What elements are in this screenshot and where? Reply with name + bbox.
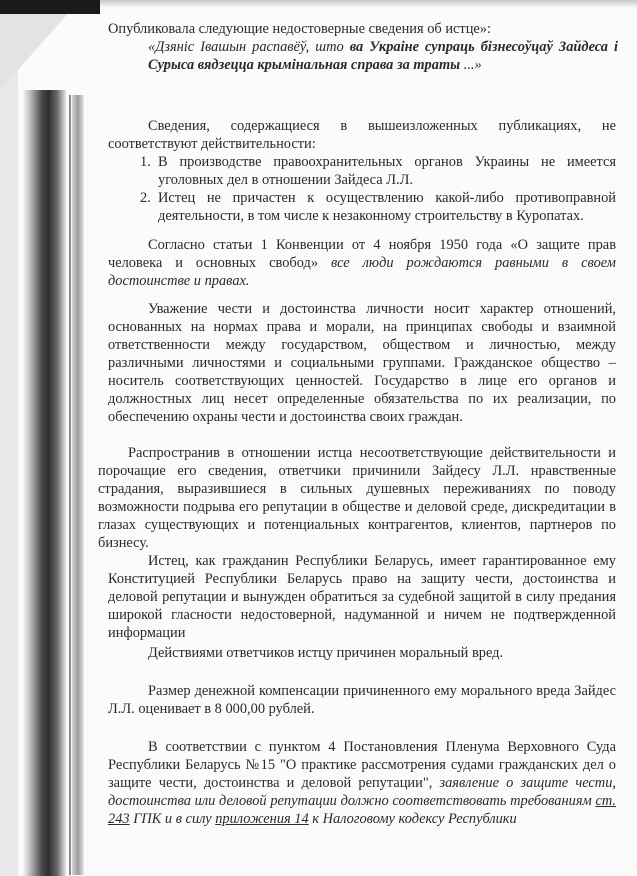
scan-left-margin (0, 0, 18, 876)
plenum-italic-2: ГПК и в силу (130, 811, 216, 827)
plenum-italic-3: к Налоговому кодексу Республики (309, 811, 517, 827)
top-shadow (100, 0, 637, 8)
fold-highlight (72, 95, 84, 875)
paragraph-not-true: Сведения, содержащиеся в вышеизложенных … (108, 117, 616, 153)
paragraph-convention: Согласно статьи 1 Конвенции от 4 ноября … (108, 236, 616, 290)
fold-line (69, 95, 71, 875)
intro-line: Опубликовала следующие недостоверные све… (108, 20, 616, 38)
paragraph-compensation: Размер денежной компенсации причиненного… (108, 682, 616, 718)
list-number: 2. (140, 189, 151, 207)
scan-top-edge (0, 0, 100, 14)
list-number: 1. (140, 153, 151, 171)
link-appendix-14[interactable]: приложения 14 (215, 811, 308, 827)
list-text: В производстве правоохранительных органо… (158, 153, 616, 189)
paragraph-damage: Распространив в отношении истца несоотве… (98, 444, 616, 552)
list-item-1: 1. В производстве правоохранительных орг… (140, 153, 616, 189)
quote-close: ...» (460, 57, 482, 73)
paragraph-citizen: Истец, как гражданин Республики Беларусь… (108, 552, 616, 642)
quote-open: «Дзяніс Івашын распавёў, што (148, 39, 350, 55)
binding-shadow (22, 90, 66, 876)
paragraph-plenum: В соответствии с пунктом 4 Постановления… (108, 738, 616, 828)
list-item-2: 2. Истец не причастен к осуществлению ка… (140, 189, 616, 225)
list-text: Истец не причастен к осуществлению какой… (158, 189, 616, 225)
paragraph-moral-harm: Действиями ответчиков истцу причинен мор… (108, 644, 616, 662)
quoted-publication: «Дзяніс Івашын распавёў, што ва Украіне … (148, 38, 618, 74)
paragraph-respect: Уважение чести и достоинства личности но… (108, 300, 616, 426)
